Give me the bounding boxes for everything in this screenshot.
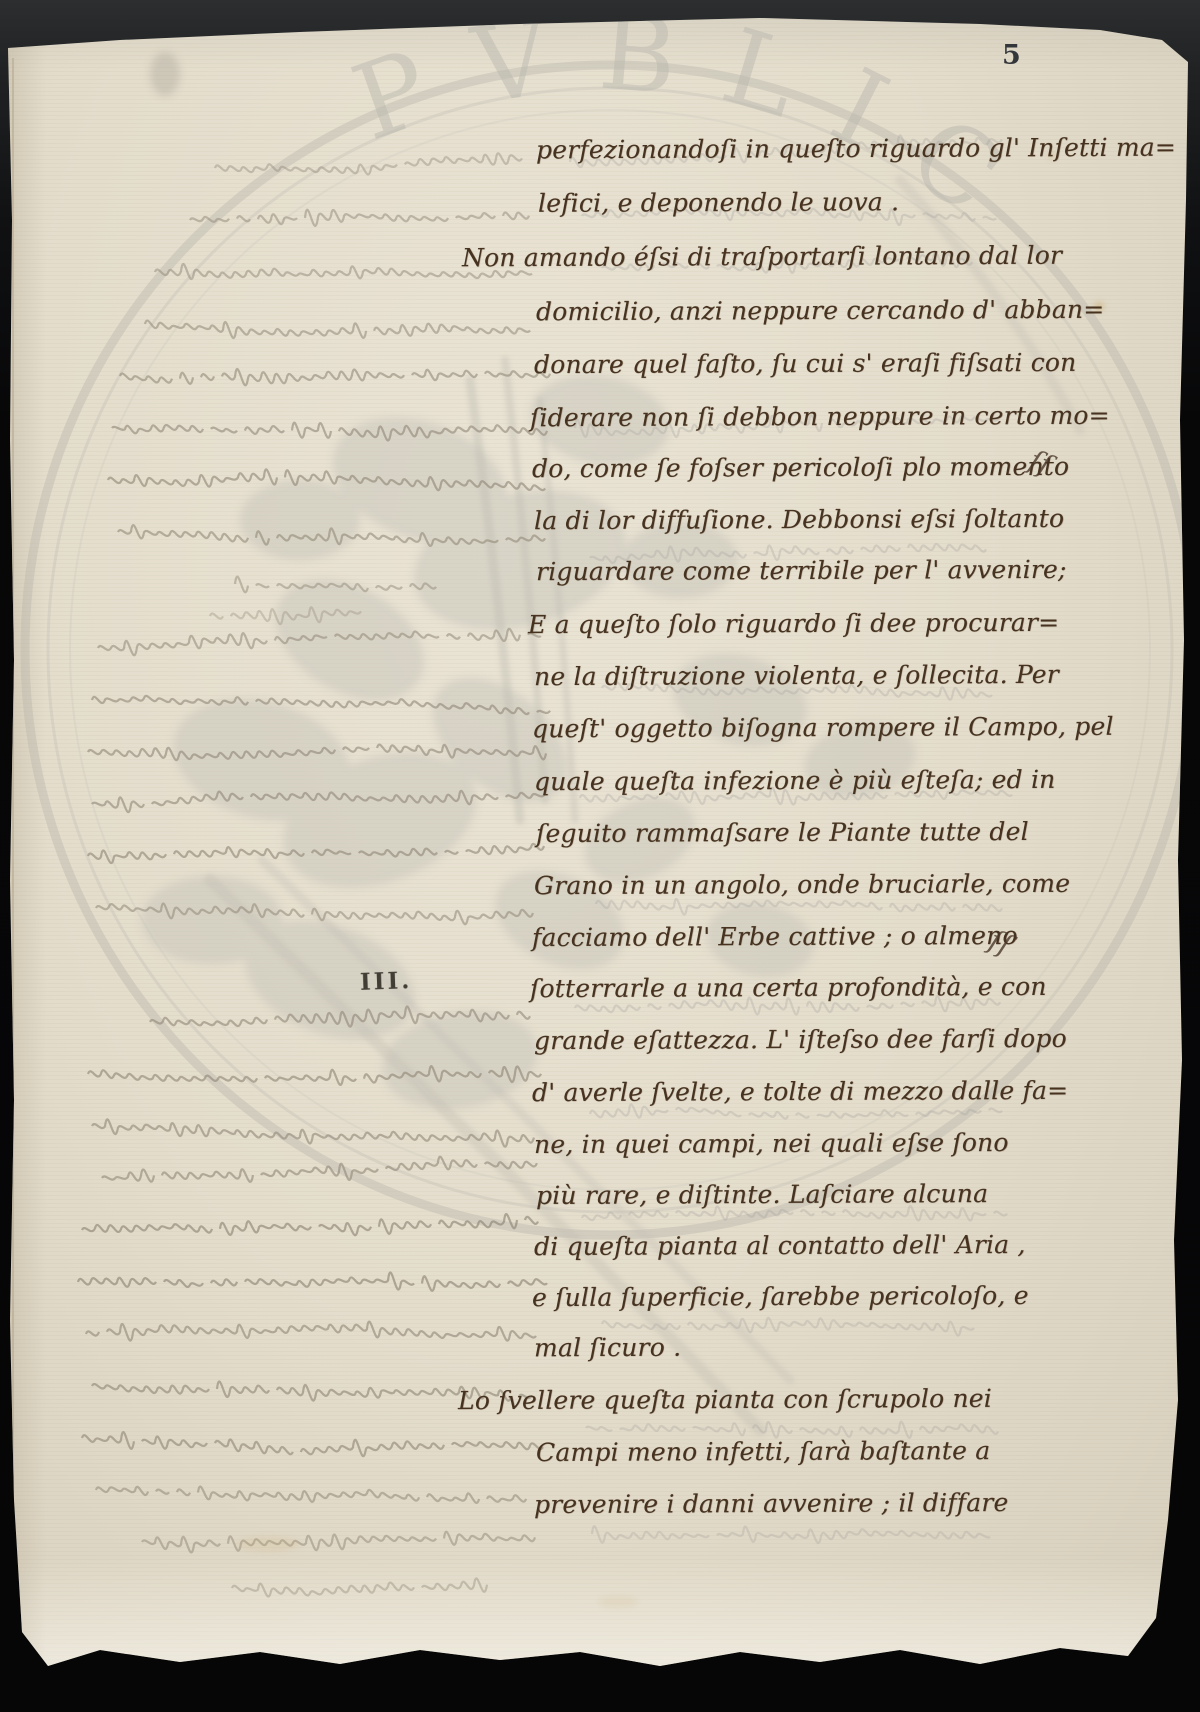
- bleedthrough-line: [112, 421, 547, 442]
- bleedthrough-line: [96, 1483, 534, 1506]
- binding-crease: [12, 58, 14, 1638]
- manuscript-line: Campi meno infetti, ſarà baſtante a: [536, 1436, 990, 1468]
- bleedthrough-line: [88, 742, 554, 764]
- bleedthrough-line: [150, 1005, 530, 1028]
- manuscript-line: Non amando éſsi di traſportarſi lontano …: [462, 241, 1062, 274]
- fox-stain: [236, 1536, 300, 1552]
- scanner-background: { "page_number": "5", "stamp": { "arc_te…: [0, 0, 1200, 1712]
- manuscript-line: grande eſattezza. L' iſteſso dee farſi d…: [534, 1024, 1067, 1056]
- manuscript-line: prevenire i danni avvenire ; il diffare: [534, 1488, 1009, 1520]
- manuscript-line: più rare, e diſtinte. Laſciare alcuna: [536, 1179, 988, 1211]
- bleedthrough-line: [82, 1432, 543, 1458]
- manuscript-line: ſotterrarle a una certa profondità, e co…: [530, 972, 1047, 1004]
- section-number-mark: III.: [360, 967, 413, 996]
- bleedthrough-line: [232, 1576, 487, 1598]
- bleedthrough-line: [98, 628, 541, 655]
- bleedthrough-line: [120, 369, 558, 385]
- manuscript-line: e ſulla ſuperficie, ſarebbe pericoloſo, …: [532, 1281, 1029, 1313]
- bleedthrough-line: [118, 525, 545, 546]
- manuscript-line: E a queſto ſolo riguardo ſi dee procurar…: [528, 608, 1059, 640]
- bleedthrough-line: [596, 899, 1002, 915]
- manuscript-line: riguardare come terribile per l' avvenir…: [536, 555, 1067, 587]
- manuscript-line: ne la diſtruzione violenta, e ſollecita.…: [534, 660, 1059, 692]
- bleedthrough-line: [210, 607, 369, 625]
- manuscript-page: PVBLIC: [0, 0, 1200, 1712]
- manuscript-line: di queſta pianta al contatto dell' Aria …: [534, 1230, 1026, 1262]
- bleedthrough-line: [102, 1156, 537, 1183]
- manuscript-line: mal ſicuro .: [534, 1333, 681, 1364]
- manuscript-line: ne, in quei campi, nei quali eſse ſono: [534, 1128, 1009, 1160]
- page-number-label: 5: [1002, 40, 1022, 71]
- manuscript-line: Lo ſvellere queſta pianta con ſcrupolo n…: [458, 1384, 992, 1416]
- manuscript-line: quale queſta infezione è più eſteſa; ed …: [534, 765, 1056, 797]
- bleedthrough-line: [142, 1532, 535, 1553]
- manuscript-line: ſeguito rammaſsare le Piante tutte del: [536, 817, 1029, 849]
- fox-stain: [598, 1596, 638, 1608]
- manuscript-line: lefici, e deponendo le uova .: [538, 187, 899, 219]
- bleedthrough-line: [108, 467, 553, 494]
- bleedthrough-line: [82, 1214, 546, 1235]
- bleedthrough-line: [88, 844, 552, 863]
- bleedthrough-line: [86, 1320, 536, 1344]
- manuscript-line: Grano in un angolo, onde bruciarle, come: [534, 869, 1070, 901]
- bleedthrough-line: [96, 903, 533, 925]
- manuscript-line: perfezionandoſi in queſto riguardo gl' I…: [536, 133, 1176, 166]
- bleedthrough-line: [592, 1526, 998, 1543]
- bleedthrough-line: [190, 210, 537, 226]
- bleedthrough-line: [78, 1270, 547, 1292]
- bleedthrough-line: [235, 577, 436, 594]
- manuscript-line: ſiderare non ſi debbon neppure in certo …: [530, 401, 1110, 434]
- ink-smudge: [150, 52, 180, 96]
- bleedthrough-line: [92, 696, 550, 714]
- bleedthrough-line: [92, 1119, 534, 1147]
- manuscript-line: domicilio, anzi neppure cercando d' abba…: [536, 295, 1104, 327]
- manuscript-line: queſt' oggetto biſogna rompere il Campo,…: [532, 712, 1114, 745]
- bleedthrough-line: [92, 789, 545, 813]
- bleedthrough-line: [88, 1066, 549, 1085]
- manuscript-line: do, come ſe foſser pericoloſi plo moment…: [532, 452, 1069, 484]
- manuscript-line: facciamo dell' Erbe cattive ; o almeno: [532, 921, 1018, 953]
- bleedthrough-line: [215, 153, 522, 176]
- manuscript-line: la di lor diffuſione. Debbonsi eſsi ſolt…: [534, 504, 1064, 536]
- manuscript-line: d' averle ſvelte, e tolte di mezzo dalle…: [532, 1076, 1068, 1108]
- bleedthrough-line: [145, 317, 530, 340]
- manuscript-line: donare quel faſto, ſu cui s' eraſi fiſsa…: [534, 348, 1077, 380]
